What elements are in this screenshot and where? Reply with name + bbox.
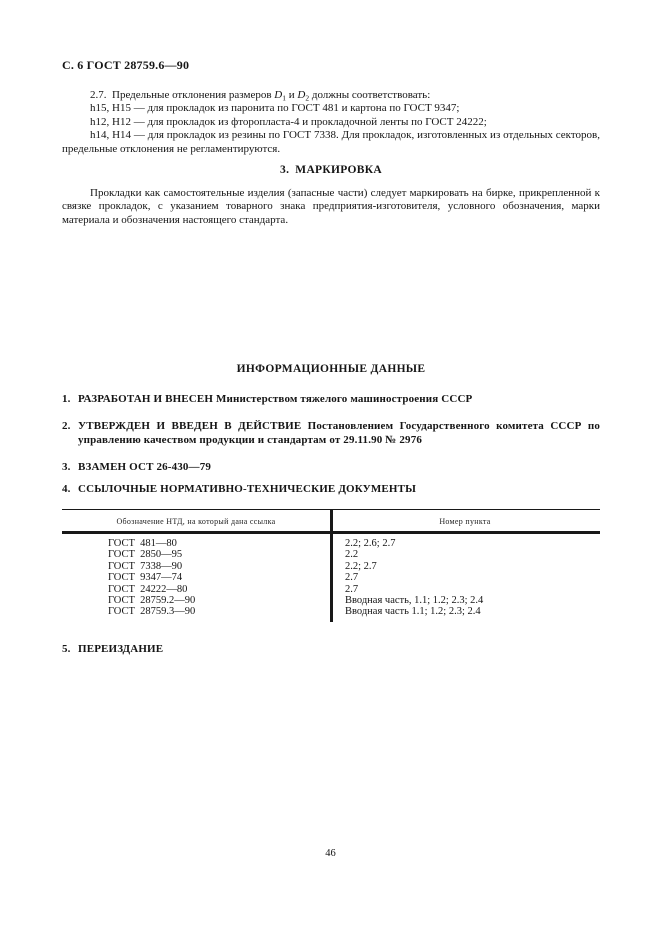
clause-2-7-intro-prefix: 2.7. Предельные отклонения размеров bbox=[90, 89, 274, 101]
cell-ntd: ГОСТ 28759.3—90 bbox=[62, 606, 330, 617]
info-item-text: ПЕРЕИЗДАНИЕ bbox=[78, 643, 600, 657]
info-item-replaces: 3. ВЗАМЕН ОСТ 26-430—79 bbox=[62, 461, 600, 475]
cell-punkt: 2.2; 2.6; 2.7 bbox=[330, 538, 600, 549]
info-item-number: 1. bbox=[62, 393, 78, 407]
document-page: С. 6 ГОСТ 28759.6—90 2.7. Предельные отк… bbox=[0, 0, 661, 936]
column-header-ntd: Обозначение НТД, на который дана ссылка bbox=[62, 510, 330, 531]
tolerance-item-h15: h15, Н15 — для прокладок из паронита по … bbox=[62, 102, 600, 115]
info-item-references: 4. ССЫЛОЧНЫЕ НОРМАТИВНО-ТЕХНИЧЕСКИЕ ДОКУ… bbox=[62, 483, 600, 497]
info-item-text: РАЗРАБОТАН И ВНЕСЕН Министерством тяжело… bbox=[78, 393, 600, 407]
cell-punkt: 2.7 bbox=[330, 572, 600, 583]
info-item-number: 4. bbox=[62, 483, 78, 497]
info-item-text: ВЗАМЕН ОСТ 26-430—79 bbox=[78, 461, 600, 475]
references-table: Обозначение НТД, на который дана ссылка … bbox=[62, 509, 600, 622]
cell-punkt: Вводная часть 1.1; 1.2; 2.3; 2.4 bbox=[330, 606, 600, 617]
section-3-paragraph: Прокладки как самостоятельные изделия (з… bbox=[62, 187, 600, 227]
cell-punkt: 2.2 bbox=[330, 549, 600, 560]
cell-ntd: ГОСТ 24222—80 bbox=[62, 584, 330, 595]
page-number: 46 bbox=[0, 848, 661, 859]
column-header-punkt: Номер пункта bbox=[330, 510, 600, 531]
cell-ntd: ГОСТ 2850—95 bbox=[62, 549, 330, 560]
cell-punkt: Вводная часть, 1.1; 1.2; 2.3; 2.4 bbox=[330, 595, 600, 606]
cell-punkt: 2.2; 2.7 bbox=[330, 561, 600, 572]
info-item-text: УТВЕРЖДЕН И ВВЕДЕН В ДЕЙСТВИЕ Постановле… bbox=[78, 420, 600, 447]
info-item-number: 3. bbox=[62, 461, 78, 475]
clause-2-7: 2.7. Предельные отклонения размеров D1 и… bbox=[62, 89, 600, 156]
info-item-number: 2. bbox=[62, 420, 78, 447]
info-item-text: ССЫЛОЧНЫЕ НОРМАТИВНО-ТЕХНИЧЕСКИЕ ДОКУМЕН… bbox=[78, 483, 600, 497]
cell-ntd: ГОСТ 481—80 bbox=[62, 538, 330, 549]
info-data-heading: ИНФОРМАЦИОННЫЕ ДАННЫЕ bbox=[62, 363, 600, 375]
cell-ntd: ГОСТ 7338—90 bbox=[62, 561, 330, 572]
clause-2-7-intro: 2.7. Предельные отклонения размеров D1 и… bbox=[62, 89, 600, 102]
info-item-republication: 5. ПЕРЕИЗДАНИЕ bbox=[62, 643, 600, 657]
info-item-number: 5. bbox=[62, 643, 78, 657]
page-header: С. 6 ГОСТ 28759.6—90 bbox=[62, 58, 600, 73]
clause-2-7-intro-suffix: должны соответствовать: bbox=[309, 89, 430, 101]
cell-punkt: 2.7 bbox=[330, 584, 600, 595]
tolerance-item-h12: h12, Н12 — для прокладок из фторопласта-… bbox=[62, 116, 600, 129]
cell-ntd: ГОСТ 28759.2—90 bbox=[62, 595, 330, 606]
section-3-heading: 3. МАРКИРОВКА bbox=[62, 164, 600, 176]
cell-ntd: ГОСТ 9347—74 bbox=[62, 572, 330, 583]
tolerance-item-h14: h14, Н14 — для прокладок из резины по ГО… bbox=[62, 129, 600, 156]
table-column-divider bbox=[330, 510, 333, 622]
info-item-developed: 1. РАЗРАБОТАН И ВНЕСЕН Министерством тяж… bbox=[62, 393, 600, 407]
info-item-approved: 2. УТВЕРЖДЕН И ВВЕДЕН В ДЕЙСТВИЕ Постано… bbox=[62, 420, 600, 447]
clause-2-7-conjunction: и bbox=[286, 89, 297, 101]
